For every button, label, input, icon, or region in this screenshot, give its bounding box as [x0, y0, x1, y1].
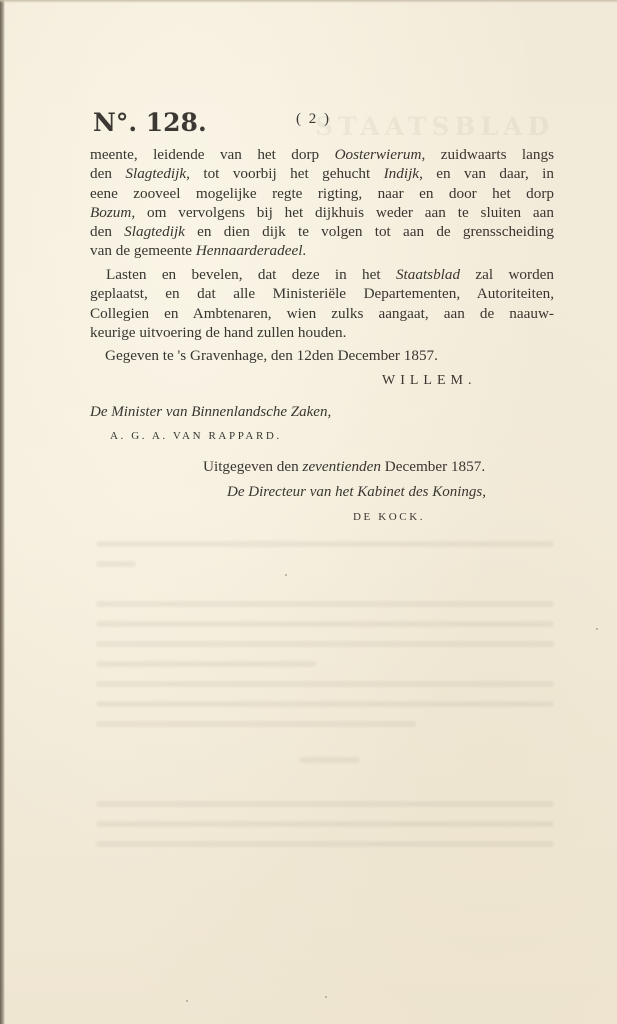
director-title: De Directeur van het Kabinet des Konings… [227, 484, 486, 501]
minister-signature: A. G. A. VAN RAPPARD. [110, 430, 282, 442]
text-line: Bozum, om vervolgens bij het dijkhuis we… [90, 203, 554, 222]
text-line: meente, leidende van het dorp Oosterwier… [90, 145, 554, 164]
text-line: geplaatst, en dat alle Ministeriële Depa… [90, 284, 554, 303]
paper-speck [325, 996, 327, 998]
document-number: N°. 128. [93, 108, 207, 137]
paper-speck [186, 1000, 188, 1002]
page-left-edge [0, 0, 5, 1024]
text-line: van de gemeente Hennaarderadeel. [90, 241, 554, 260]
king-signature: WILLEM. [382, 373, 476, 389]
document-header: STAATSBLAD N°. 128. ( 2 ) [93, 108, 553, 142]
paragraph-orders: Lasten en bevelen, dat deze in het Staat… [90, 265, 554, 342]
show-through-title: STAATSBLAD [315, 112, 554, 141]
published-line: Uitgegeven den zeventienden December 185… [203, 458, 485, 476]
paragraph-boundary-description: meente, leidende van het dorp Oosterwier… [90, 145, 554, 261]
paper-speck [596, 628, 598, 630]
page-top-edge [0, 0, 617, 3]
text-line: keurige uitvoering de hand zullen houden… [90, 323, 554, 342]
minister-title: De Minister van Binnenlandsche Zaken, [90, 404, 331, 421]
text-line: den Slagtedijk, tot voorbij het gehucht … [90, 164, 554, 183]
given-at-line: Gegeven te 's Gravenhage, den 12den Dece… [105, 347, 438, 365]
director-signature: DE KOCK. [353, 511, 425, 523]
text-line: Lasten en bevelen, dat deze in het Staat… [90, 265, 554, 284]
text-line: Collegien en Ambtenaren, wien zulks aang… [90, 304, 554, 323]
document-page: STAATSBLAD N°. 128. ( 2 ) meente, leiden… [0, 0, 617, 1024]
text-line: den Slagtedijk en dien dijk te volgen to… [90, 222, 554, 241]
text-line: eene zooveel mogelijke regte rigting, na… [90, 184, 554, 203]
paper-speck [285, 574, 287, 576]
page-number: ( 2 ) [296, 111, 331, 128]
